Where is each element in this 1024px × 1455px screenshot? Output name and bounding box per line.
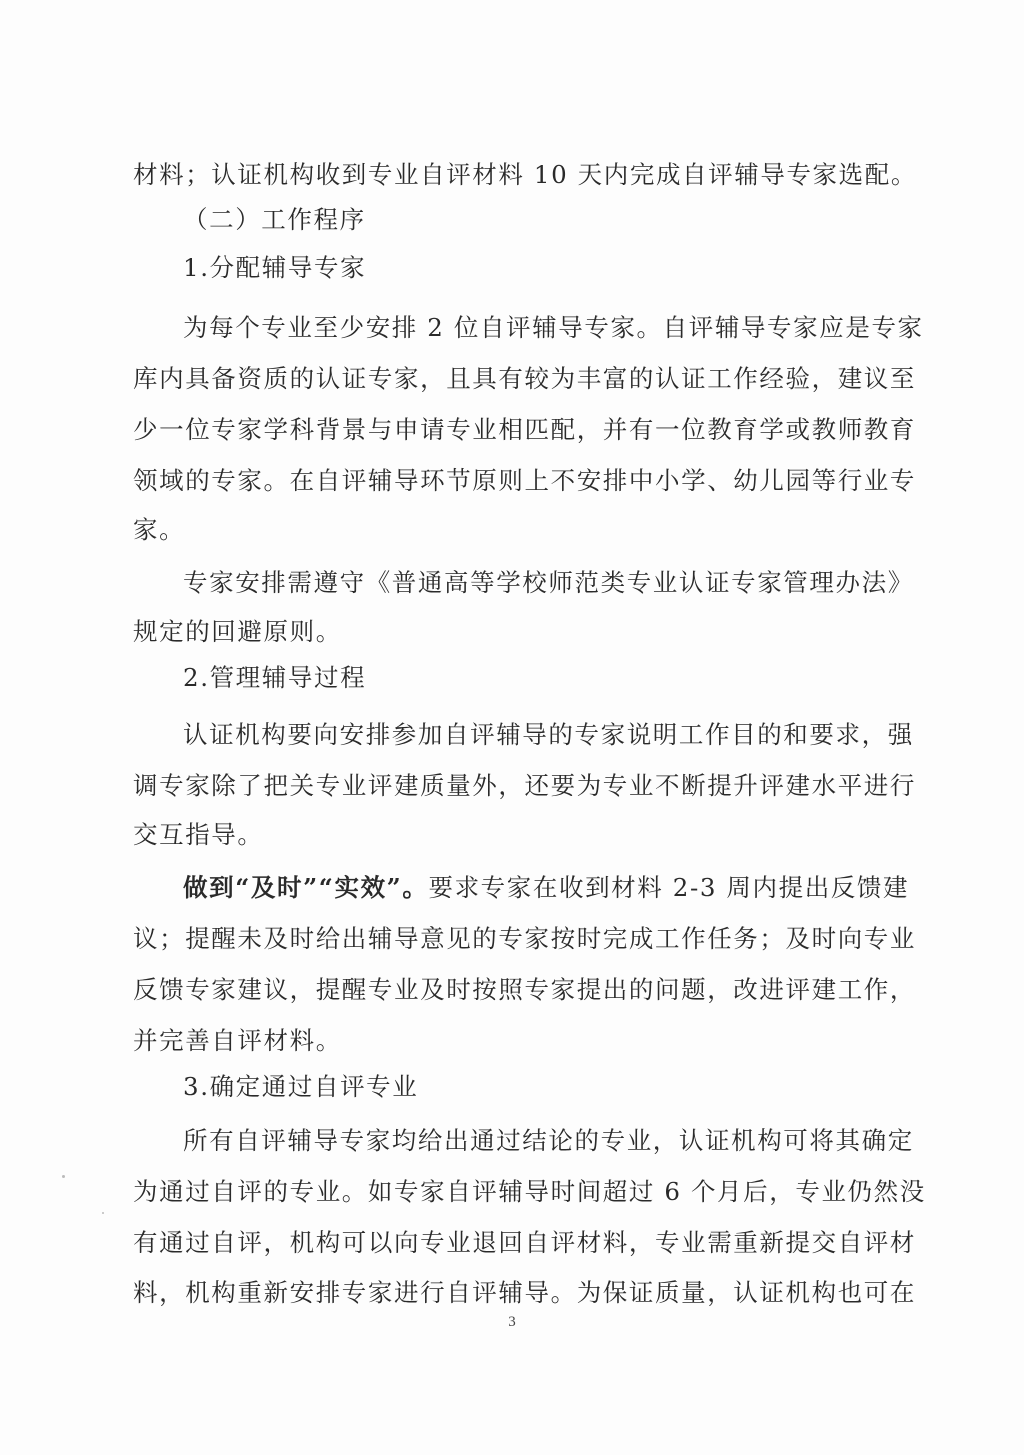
section-heading: （二）工作程序: [183, 205, 908, 235]
subsection-heading: 1.分配辅导专家: [183, 253, 908, 283]
paragraph-line: 做到“及时”“实效”。要求专家在收到材料 2-3 周内提出反馈建: [183, 873, 908, 903]
paragraph-text: 要求专家在收到材料 2-3 周内提出反馈建: [428, 873, 909, 902]
paragraph-line: 为每个专业至少安排 2 位自评辅导专家。自评辅导专家应是专家: [183, 313, 908, 343]
paragraph-line: 料，机构重新安排专家进行自评辅导。为保证质量，认证机构也可在: [133, 1278, 908, 1308]
subsection-heading: 2.管理辅导过程: [183, 663, 908, 693]
paragraph-line: 为通过自评的专业。如专家自评辅导时间超过 6 个月后，专业仍然没: [133, 1177, 908, 1207]
paragraph-line: 交互指导。: [133, 820, 908, 850]
paragraph-line: 专家安排需遵守《普通高等学校师范类专业认证专家管理办法》: [183, 568, 908, 598]
document-page: 材料；认证机构收到专业自评材料 10 天内完成自评辅导专家选配。 （二）工作程序…: [0, 0, 1024, 1455]
paragraph-line: 领域的专家。在自评辅导环节原则上不安排中小学、幼儿园等行业专: [133, 466, 908, 496]
paragraph-line: 规定的回避原则。: [133, 617, 908, 647]
paragraph-line: 材料；认证机构收到专业自评材料 10 天内完成自评辅导专家选配。: [133, 160, 908, 190]
scan-speck: [62, 1175, 65, 1178]
paragraph-line: 认证机构要向安排参加自评辅导的专家说明工作目的和要求，强: [183, 720, 908, 750]
page-number: 3: [0, 1314, 1024, 1331]
paragraph-line: 有通过自评，机构可以向专业退回自评材料，专业需重新提交自评材: [133, 1228, 908, 1258]
paragraph-line: 反馈专家建议，提醒专业及时按照专家提出的问题，改进评建工作，: [133, 975, 908, 1005]
subsection-heading: 3.确定通过自评专业: [183, 1072, 908, 1102]
paragraph-line: 并完善自评材料。: [133, 1026, 908, 1056]
paragraph-line: 所有自评辅导专家均给出通过结论的专业，认证机构可将其确定: [183, 1126, 908, 1156]
paragraph-line: 议；提醒未及时给出辅导意见的专家按时完成工作任务；及时向专业: [133, 924, 908, 954]
paragraph-line: 调专家除了把关专业评建质量外，还要为专业不断提升评建水平进行: [133, 771, 908, 801]
paragraph-line: 库内具备资质的认证专家，且具有较为丰富的认证工作经验，建议至: [133, 364, 908, 394]
emphasis-text: 做到“及时”“实效”。: [183, 873, 428, 902]
paragraph-line: 少一位专家学科背景与申请专业相匹配，并有一位教育学或教师教育: [133, 415, 908, 445]
paragraph-line: 家。: [133, 515, 908, 545]
scan-speck: [102, 1212, 104, 1214]
